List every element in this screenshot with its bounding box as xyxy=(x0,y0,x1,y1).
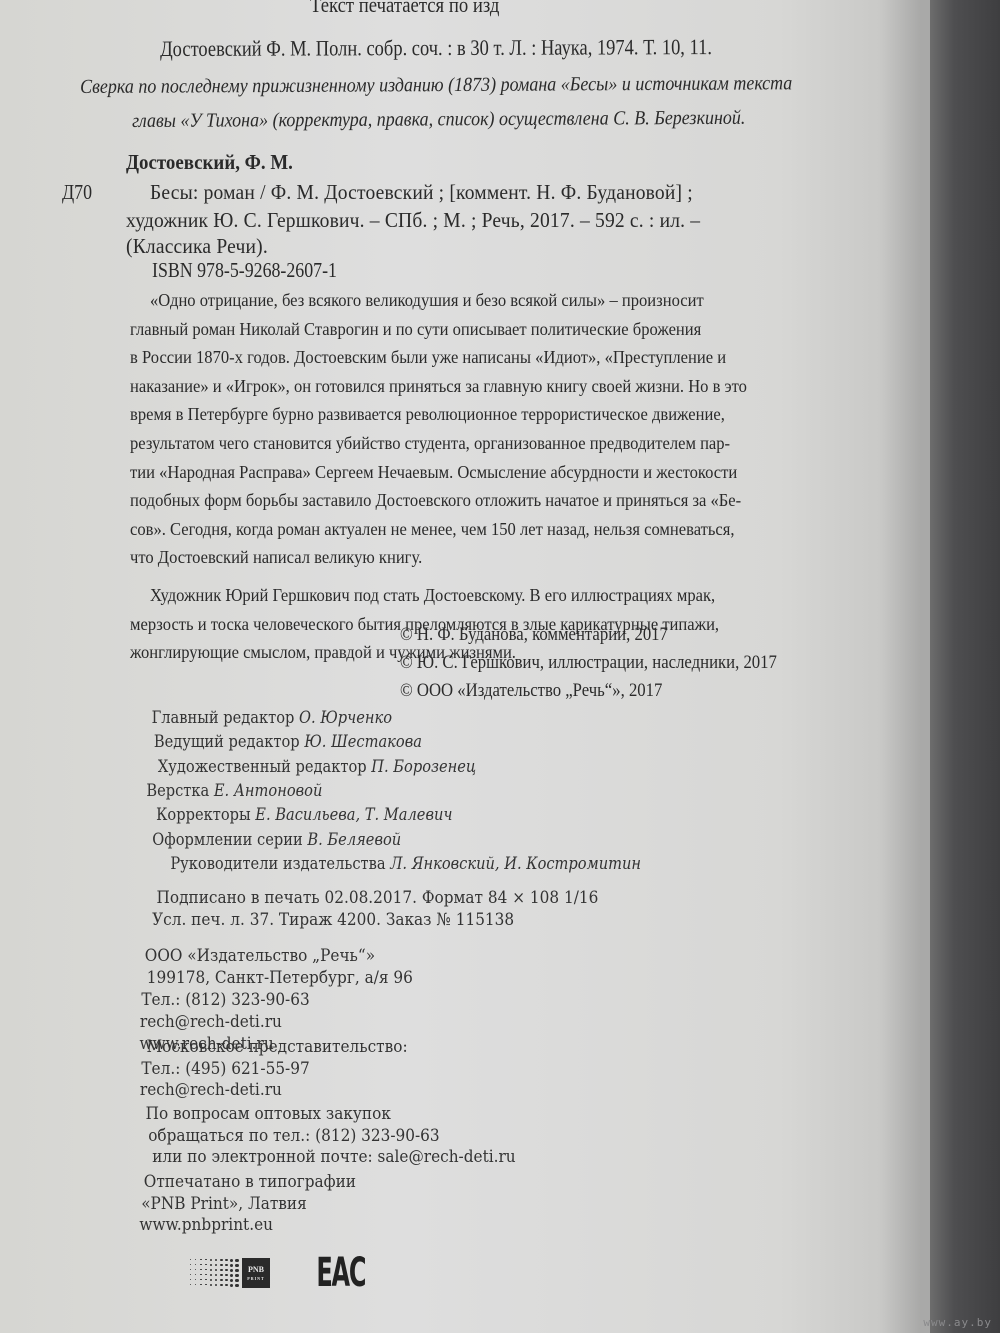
imprint-line-moscow: Московское представительство: xyxy=(147,1037,408,1057)
credit-name: О. Юрченко xyxy=(299,708,392,728)
eac-conformity-icon: EAC xyxy=(316,1250,365,1296)
credit-role: Ведущий редактор xyxy=(154,732,300,752)
catalog-bib-line: Бесы: роман / Ф. М. Достоевский ; [комме… xyxy=(150,180,693,205)
credit-line: Ведущий редактор Ю. Шестакова xyxy=(154,732,422,752)
annotation-line: что Достоевский написал великую книгу. xyxy=(130,543,829,572)
credit-role: Художественный редактор xyxy=(158,757,367,777)
copyright-line: © ООО «Издательство „Речь“», 2017 xyxy=(400,680,662,702)
credit-role: Руководители издательства xyxy=(170,854,385,874)
credit-line: Оформлении серии В. Беляевой xyxy=(152,830,401,850)
imprint-line-moscow: rech@rech-deti.ru xyxy=(140,1080,282,1100)
imprint-line-moscow: Тел.: (495) 621-55-97 xyxy=(141,1059,309,1079)
credit-name: Е. Антоновой xyxy=(214,781,322,801)
credit-line: Главный редактор О. Юрченко xyxy=(152,708,392,728)
catalog-code: Д70 xyxy=(62,180,92,205)
copyright-line: © Н. Ф. Буданова, комментарии, 2017 xyxy=(400,624,668,646)
watermark: www.ay.by xyxy=(923,1316,992,1329)
credit-line: Художественный редактор П. Борозенец xyxy=(158,757,476,777)
catalog-isbn: ISBN 978-5-9268-2607-1 xyxy=(152,258,337,283)
header-line-2: Достоевский Ф. М. Полн. собр. соч. : в 3… xyxy=(160,34,712,62)
pnb-print-logo: PNB PRINT xyxy=(190,1258,270,1288)
catalog-bib-line: художник Ю. С. Гершкович. – СПб. ; М. ; … xyxy=(126,208,700,233)
annotation-line: Художник Юрий Гершкович под стать Достое… xyxy=(150,581,849,610)
imprint-line-print-lines: Подписано в печать 02.08.2017. Формат 84… xyxy=(157,888,599,908)
copyright-line: © Ю. С. Гершкович, иллюстрации, наследни… xyxy=(400,652,777,674)
imprint-line-printer: Отпечатано в типографии xyxy=(144,1172,356,1192)
header-line-4: главы «У Тихона» (корректура, правка, сп… xyxy=(132,107,745,133)
annotation-line: в России 1870-х годов. Достоевским были … xyxy=(130,343,829,372)
credit-line: Корректоры Е. Васильева, Т. Малевич xyxy=(156,805,452,825)
imprint-line-publisher: Тел.: (812) 323-90-63 xyxy=(141,990,309,1010)
credit-name: П. Борозенец xyxy=(371,757,476,777)
page-edge-shadow xyxy=(930,0,1000,1333)
catalog-bib-line: (Классика Речи). xyxy=(126,234,268,259)
imprint-line-wholesale: По вопросам оптовых закупок xyxy=(146,1104,391,1124)
annotation-line: наказание» и «Игрок», он готовился приня… xyxy=(130,372,829,401)
annotation-line: подобных форм борьбы заставило Достоевск… xyxy=(130,486,829,515)
book-page: Текст печатается по изд Достоевский Ф. М… xyxy=(0,0,1000,1333)
annotation-line: главный роман Николай Ставрогин и по сут… xyxy=(130,315,829,344)
credit-role: Верстка xyxy=(146,781,209,801)
imprint-line-publisher: rech@rech-deti.ru xyxy=(140,1012,282,1032)
credit-name: Е. Васильева, Т. Малевич xyxy=(255,805,452,825)
catalog-author: Достоевский, Ф. М. xyxy=(126,150,293,175)
credit-line: Верстка Е. Антоновой xyxy=(146,781,322,801)
header-line-1: Текст печатается по изд xyxy=(310,0,499,18)
annotation-line: «Одно отрицание, без всякого великодушия… xyxy=(150,286,849,315)
annotation-line: сов». Сегодня, когда роман актуален не м… xyxy=(130,515,829,544)
pnb-logo-text: PNB xyxy=(248,1265,264,1274)
annotation-line: результатом чего становится убийство сту… xyxy=(130,429,829,458)
credit-name: Л. Янковский, И. Костромитин xyxy=(390,854,641,874)
logos: PNB PRINT EAC xyxy=(190,1250,382,1296)
credit-role: Корректоры xyxy=(156,805,251,825)
header-line-3: Сверка по последнему прижизненному издан… xyxy=(80,72,792,99)
imprint-line-wholesale: или по электронной почте: sale@rech-deti… xyxy=(152,1147,515,1167)
imprint-line-publisher: 199178, Санкт-Петербург, а/я 96 xyxy=(147,968,413,988)
credit-role: Оформлении серии xyxy=(152,830,302,850)
annotation-line: тии «Народная Расправа» Сергеем Нечаевым… xyxy=(130,458,829,487)
imprint-line-printer: www.pnbprint.eu xyxy=(139,1215,273,1235)
annotation-line: время в Петербурге бурно развивается рев… xyxy=(130,400,829,429)
pnb-logo-subtext: PRINT xyxy=(247,1276,264,1281)
credit-line: Руководители издательства Л. Янковский, … xyxy=(170,854,641,874)
credit-name: В. Беляевой xyxy=(307,830,401,850)
imprint-line-wholesale: обращаться по тел.: (812) 323-90-63 xyxy=(148,1126,439,1146)
imprint-line-publisher: ООО «Издательство „Речь“» xyxy=(145,946,375,966)
pnb-logo-box: PNB PRINT xyxy=(242,1258,270,1288)
credit-role: Главный редактор xyxy=(152,708,295,728)
credit-name: Ю. Шестакова xyxy=(304,732,422,752)
imprint-line-printer: «PNB Print», Латвия xyxy=(141,1194,307,1214)
imprint-line-print-lines: Усл. печ. л. 37. Тираж 4200. Заказ № 115… xyxy=(152,910,514,930)
halftone-dots-icon xyxy=(190,1259,239,1288)
